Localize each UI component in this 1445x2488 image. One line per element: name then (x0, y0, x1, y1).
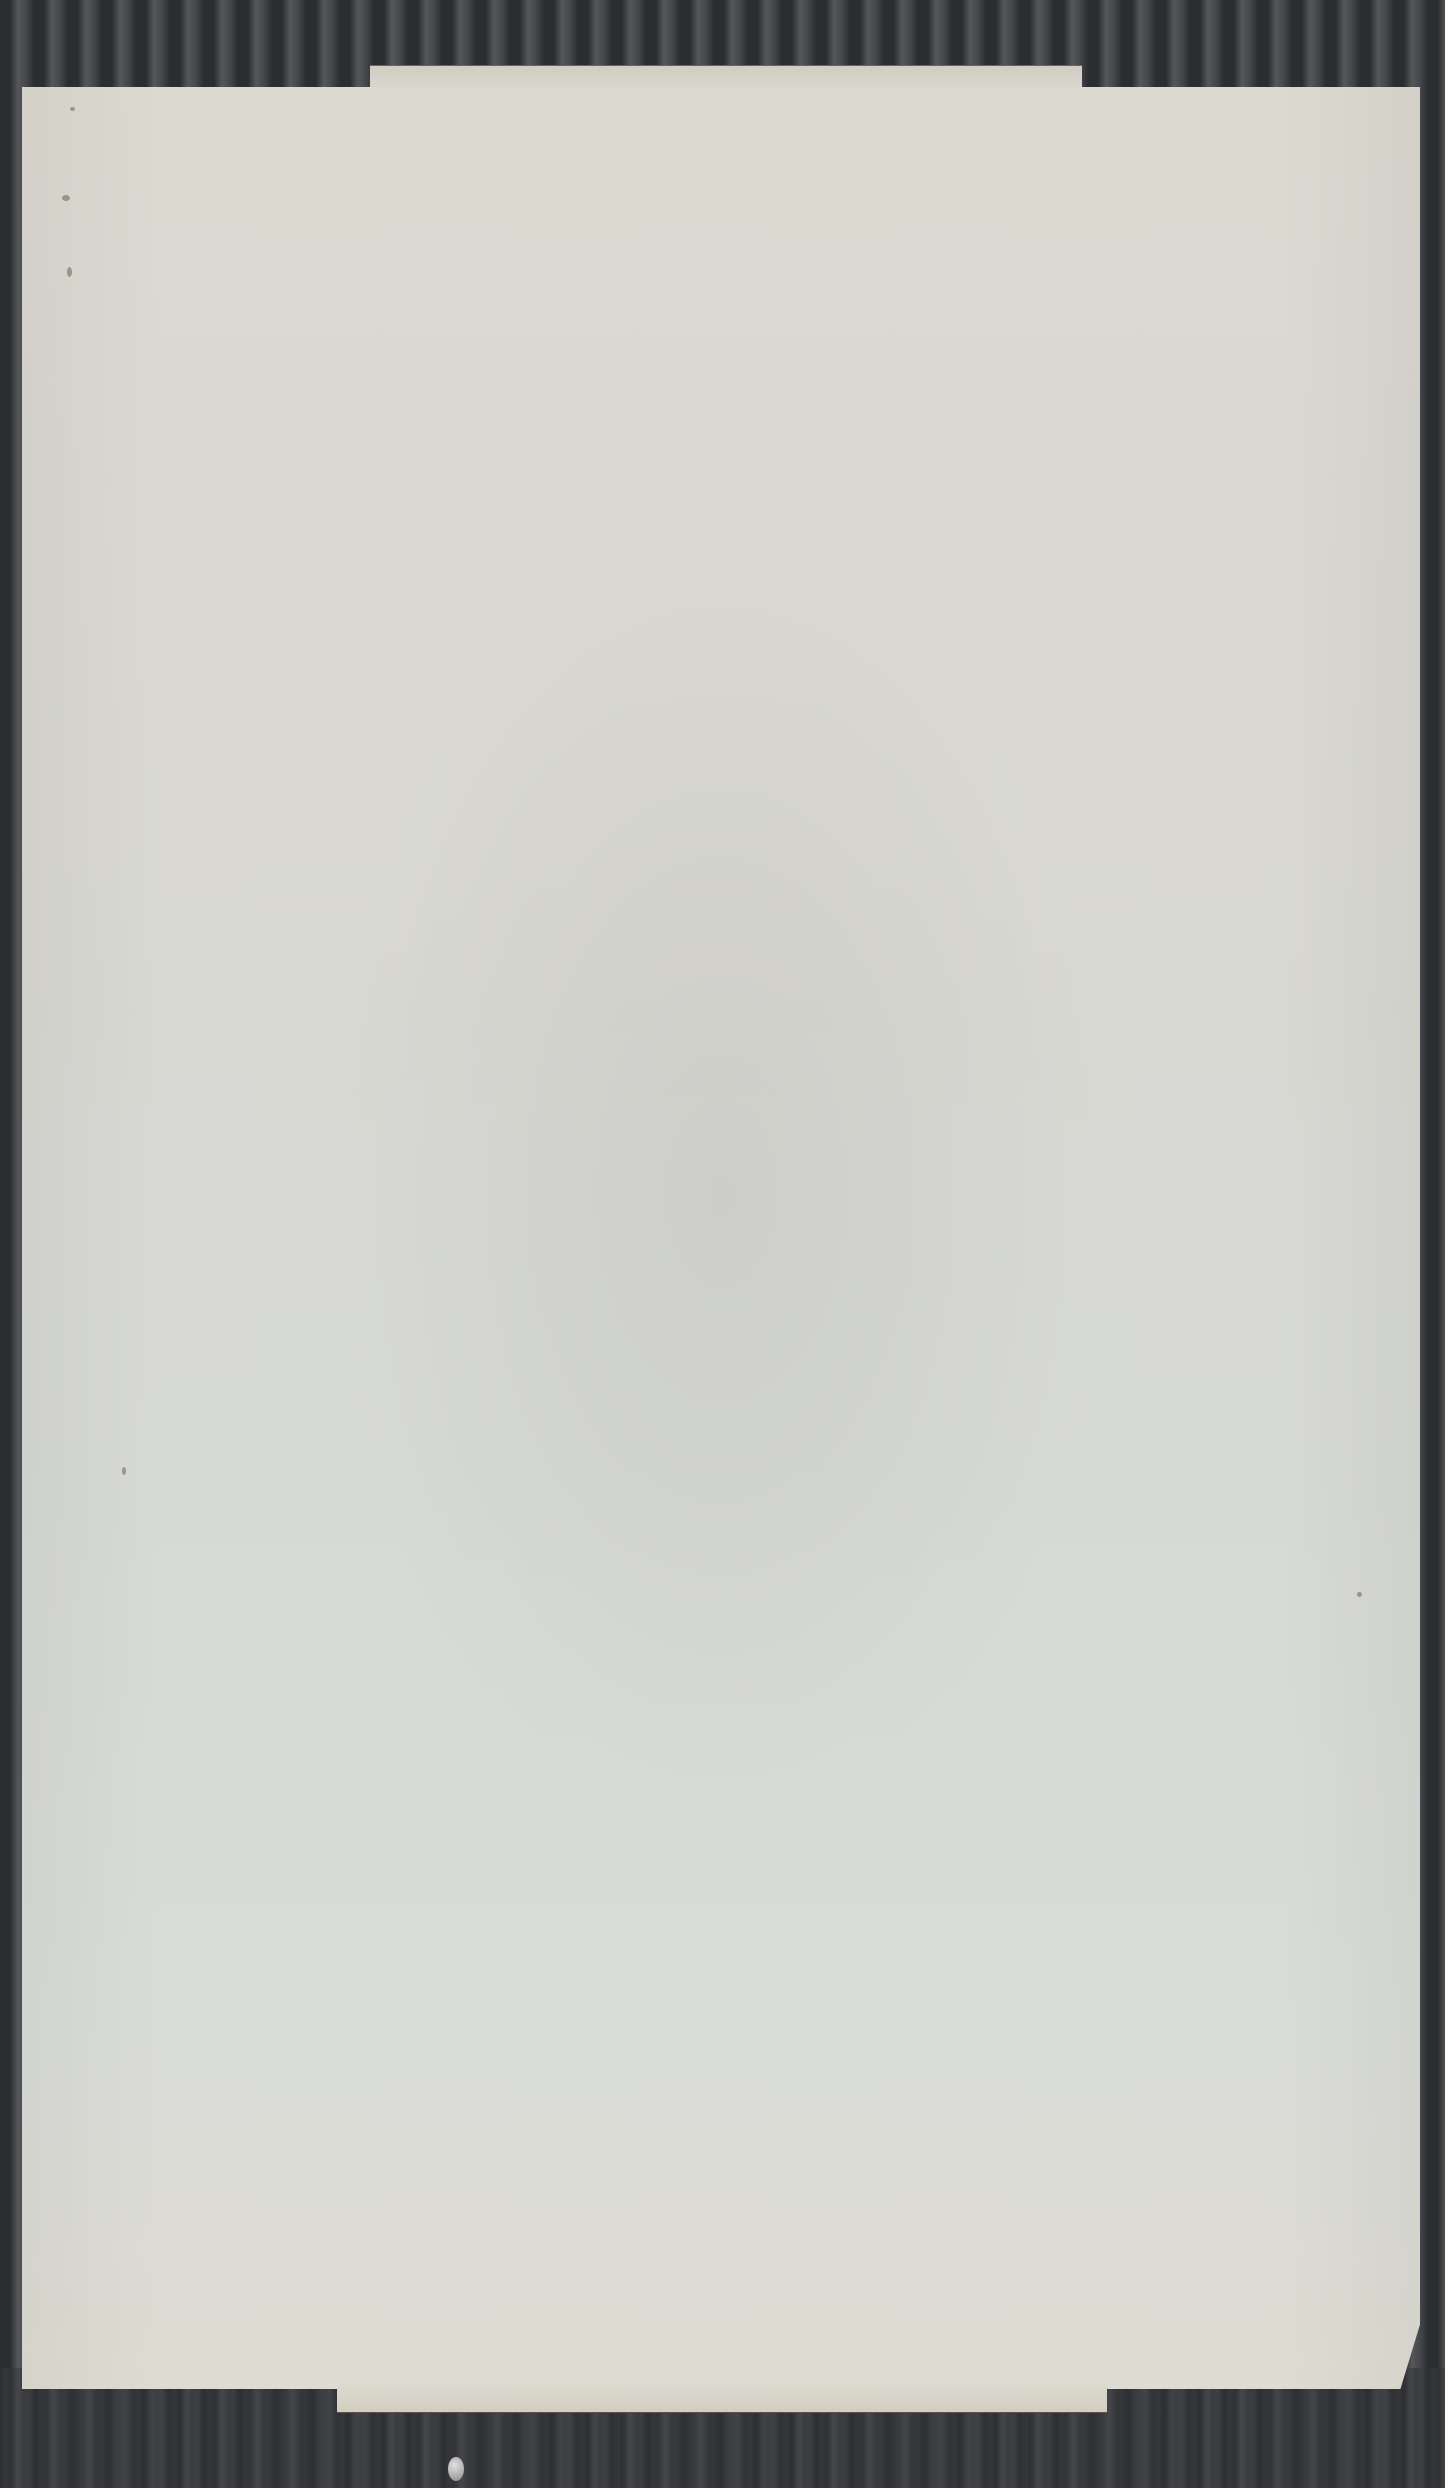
stain-spot (62, 195, 70, 201)
stain-spot (1357, 1592, 1362, 1597)
stain-spot (67, 267, 72, 277)
small-pebble (448, 2457, 464, 2481)
stain-spot (122, 1467, 126, 1475)
blank-paper-sheet (22, 87, 1420, 2389)
stain-spot (70, 107, 75, 111)
paper-bottom-tab (337, 2380, 1107, 2413)
